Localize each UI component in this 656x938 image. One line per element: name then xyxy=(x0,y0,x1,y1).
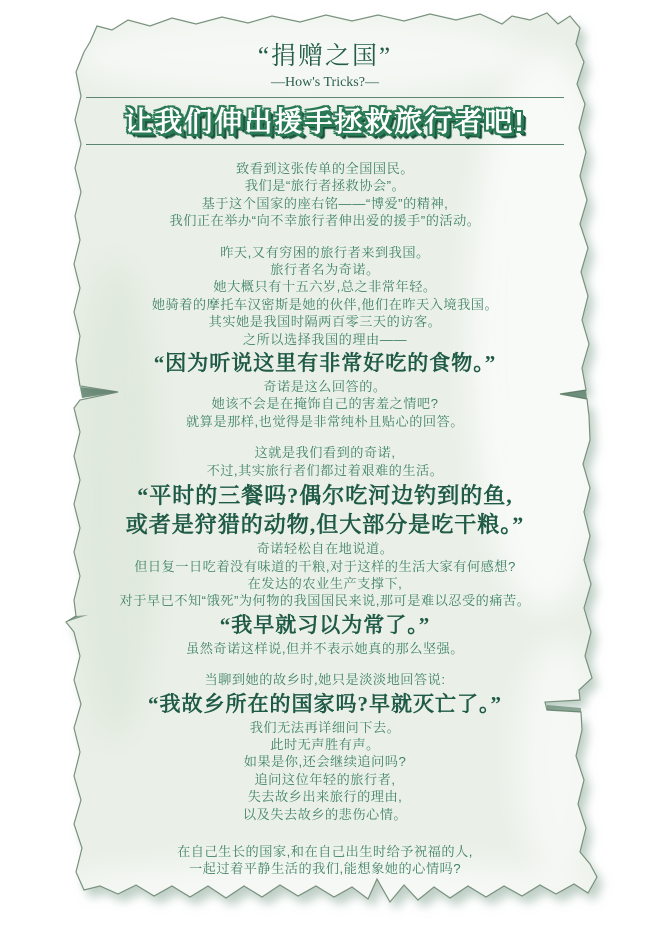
flyer-page: “捐赠之国” —How's Tricks?— 让我们伸出援手拯救旅行者吧! 致看… xyxy=(0,0,656,938)
quote-line: “因为听说这里有非常好吃的食物。” xyxy=(84,350,566,377)
flyer-line: 追问这位年轻的旅行者, xyxy=(84,771,566,788)
quote-line: “我早就习以为常了。” xyxy=(84,612,566,639)
flyer-line: 当聊到她的故乡时,她只是淡淡地回答说: xyxy=(84,671,566,688)
section-quote-meals: “平时的三餐吗?偶尔吃河边钓到的鱼, 或者是狩猎的动物,但大部分是吃干粮。” xyxy=(84,481,566,539)
flyer-line: 她骑着的摩托车汉密斯是她的伙伴,他们在昨天入境我国。 xyxy=(84,296,566,313)
flyer-line: 昨天,又有穷困的旅行者来到我国。 xyxy=(84,244,566,261)
section-hometown-lead: 当聊到她的故乡时,她只是淡淡地回答说: xyxy=(84,671,566,688)
flyer-line: 基于这个国家的座右铭——“博爱”的精神, xyxy=(84,195,566,212)
flyer-line: 她该不会是在掩饰自己的害羞之情吧? xyxy=(84,395,566,412)
flyer-line: 旅行者名为奇诺。 xyxy=(84,261,566,278)
flyer-line: 奇诺是这么回答的。 xyxy=(84,378,566,395)
flyer-line: 她大概只有十五六岁,总之非常年轻。 xyxy=(84,278,566,295)
flyer-line: 在自己生长的国家,和在自己出生时给予祝福的人, xyxy=(84,843,566,860)
flyer-line: 在发达的农业生产支撑下, xyxy=(84,575,566,592)
flyer-title: “捐赠之国” xyxy=(84,20,566,72)
quote-line: 或者是狩猎的动物,但大部分是吃干粮。” xyxy=(84,510,566,539)
section-aftermath: 我们无法再详细问下去。 此时无声胜有声。 如果是你,还会继续追问吗? 追问这位年… xyxy=(84,719,566,823)
section-life-intro: 这就是我们看到的奇诺, 不过,其实旅行者们都过着艰难的生活。 xyxy=(84,444,566,479)
flyer-line: 不过,其实旅行者们都过着艰难的生活。 xyxy=(84,462,566,479)
flyer-line: 我们正在举办“向不幸旅行者伸出爱的援手”的活动。 xyxy=(84,212,566,229)
flyer-line: 虽然奇诺这样说,但并不表示她真的那么坚强。 xyxy=(84,640,566,657)
divider-top xyxy=(86,97,564,98)
section-reaction: 奇诺是这么回答的。 她该不会是在掩饰自己的害羞之情吧? 就算是那样,也觉得是非常… xyxy=(84,378,566,430)
flyer-content: “捐赠之国” —How's Tricks?— 让我们伸出援手拯救旅行者吧! 致看… xyxy=(84,20,566,878)
flyer-line: 我们无法再详细问下去。 xyxy=(84,719,566,736)
flyer-line: 如果是你,还会继续追问吗? xyxy=(84,753,566,770)
flyer-line: 一起过着平静生活的我们,能想象她的心情吗? xyxy=(84,860,566,877)
flyer-line: 我们是“旅行者拯救协会”。 xyxy=(84,177,566,194)
section-strong: 虽然奇诺这样说,但并不表示她真的那么坚强。 xyxy=(84,640,566,657)
flyer-subtitle: —How's Tricks?— xyxy=(84,74,566,91)
flyer-line: 此时无声胜有声。 xyxy=(84,736,566,753)
section-quote-food: “因为听说这里有非常好吃的食物。” xyxy=(84,350,566,377)
flyer-line: 之所以选择我国的理由—— xyxy=(84,331,566,348)
flyer-line: 这就是我们看到的奇诺, xyxy=(84,444,566,461)
section-quote-used-to-it: “我早就习以为常了。” xyxy=(84,612,566,639)
section-life-detail: 奇诺轻松自在地说道。 但日复一日吃着没有味道的干粮,对于这样的生活大家有何感想?… xyxy=(84,540,566,610)
section-intro: 致看到这张传单的全国国民。 我们是“旅行者拯救协会”。 基于这个国家的座右铭——… xyxy=(84,160,566,230)
flyer-line: 失去故乡出来旅行的理由, xyxy=(84,788,566,805)
flyer-line: 对于早已不知“饿死”为何物的我国国民来说,那可是难以忍受的痛苦。 xyxy=(84,592,566,609)
flyer-line: 以及失去故乡的悲伤心情。 xyxy=(84,806,566,823)
section-closing: 在自己生长的国家,和在自己出生时给予祝福的人, 一起过着平静生活的我们,能想象她… xyxy=(84,843,566,878)
section-quote-homeland: “我故乡所在的国家吗?早就灭亡了。” xyxy=(84,691,566,718)
flyer-line: 就算是那样,也觉得是非常纯朴且贴心的回答。 xyxy=(84,413,566,430)
section-arrival: 昨天,又有穷困的旅行者来到我国。 旅行者名为奇诺。 她大概只有十五六岁,总之非常… xyxy=(84,244,566,348)
quote-line: “我故乡所在的国家吗?早就灭亡了。” xyxy=(84,691,566,718)
flyer-line: 其实她是我国时隔两百零三天的访客。 xyxy=(84,313,566,330)
flyer-line: 致看到这张传单的全国国民。 xyxy=(84,160,566,177)
divider-bottom xyxy=(86,144,564,145)
flyer-line: 但日复一日吃着没有味道的干粮,对于这样的生活大家有何感想? xyxy=(84,558,566,575)
flyer-line: 奇诺轻松自在地说道。 xyxy=(84,540,566,557)
quote-line: “平时的三餐吗?偶尔吃河边钓到的鱼, xyxy=(84,481,566,510)
headline-banner: 让我们伸出援手拯救旅行者吧! xyxy=(84,105,566,138)
